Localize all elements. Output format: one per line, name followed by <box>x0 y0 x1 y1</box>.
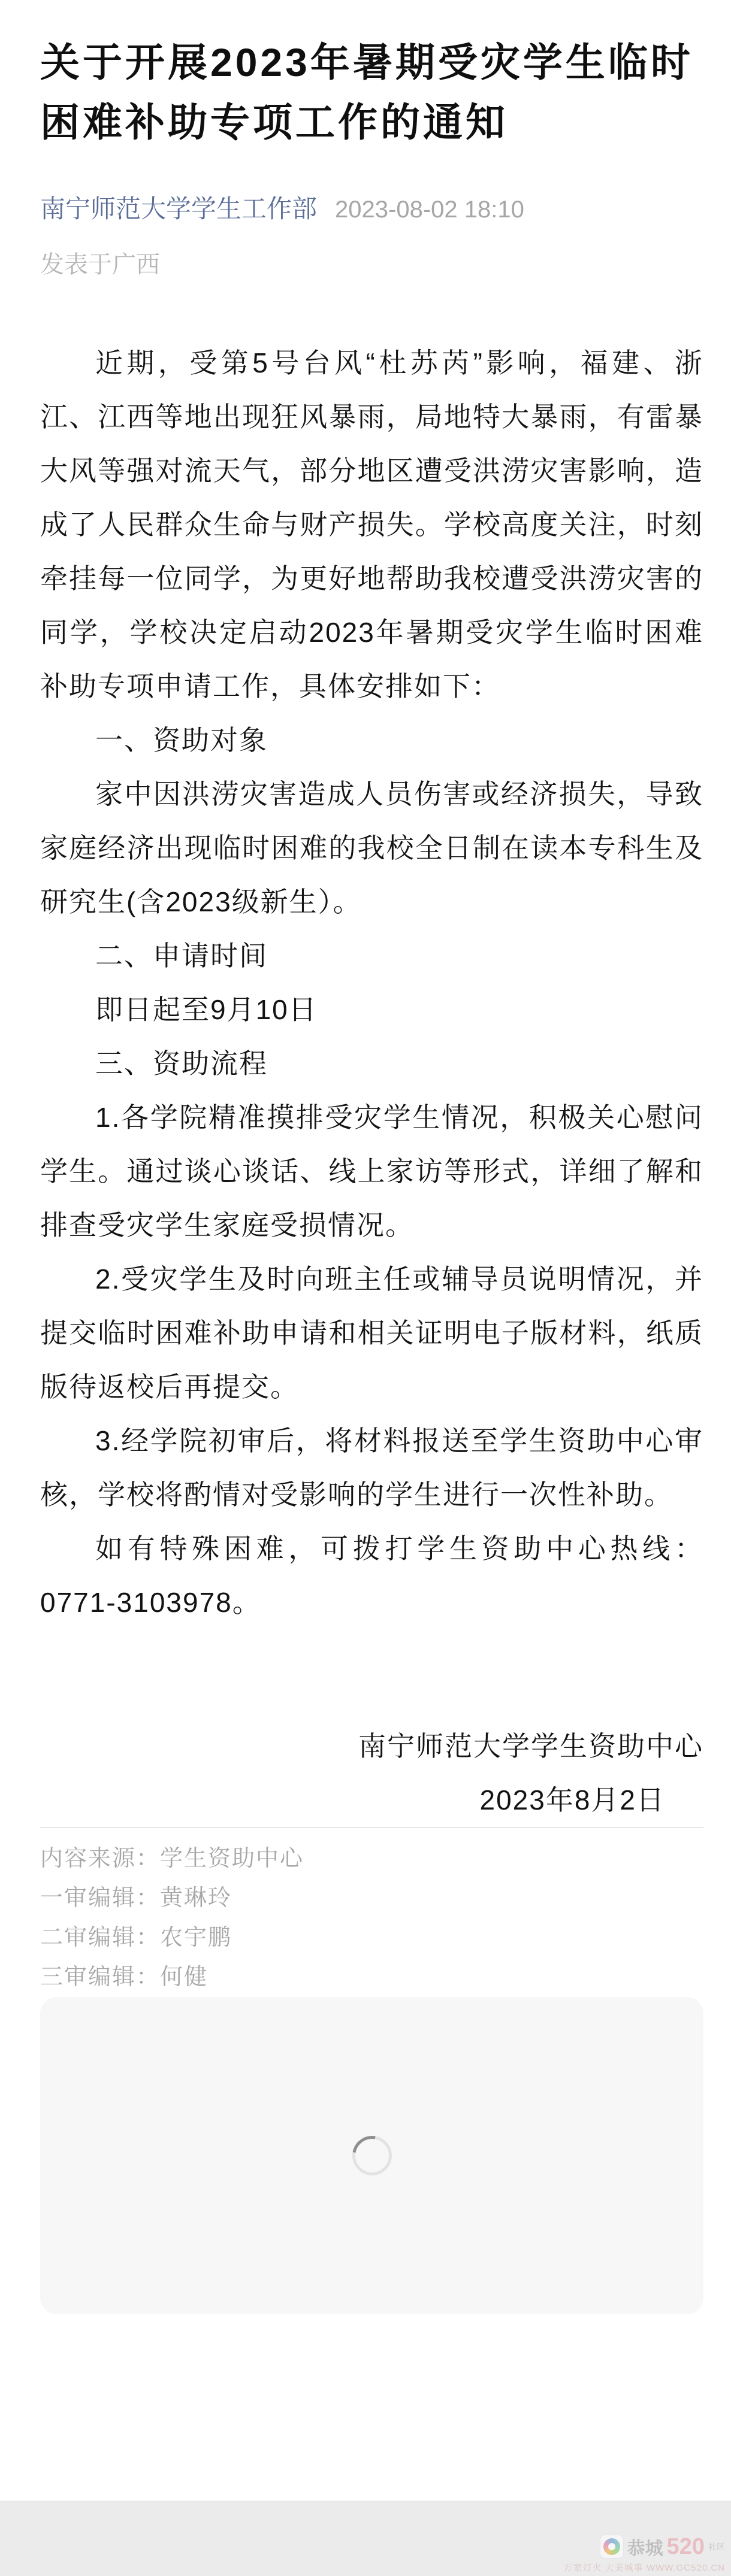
signature: 南宁师范大学学生资助中心 <box>40 1719 703 1773</box>
footer-meta-item: 一审编辑：黄琳玲 <box>40 1878 703 1918</box>
paragraph: 三、资助流程 <box>40 1037 703 1090</box>
article-content: 关于开展2023年暑期受灾学生临时困难补助专项工作的通知 南宁师范大学学生工作部… <box>0 32 731 2314</box>
paragraph: 二、申请时间 <box>40 929 703 983</box>
paragraph: 2.受灾学生及时向班主任或辅导员说明情况，并提交临时困难补助申请和相关证明电子版… <box>40 1252 703 1414</box>
signature-block: 南宁师范大学学生资助中心 2023年8月2日 <box>40 1719 703 1827</box>
watermark-row: 恭城 520 社区 <box>600 2533 725 2560</box>
author-link[interactable]: 南宁师范大学学生工作部 <box>40 189 317 225</box>
loading-card <box>40 1997 703 2314</box>
watermark-tagline: 万家灯火 大美城事 WWW.GC520.CN <box>563 2561 725 2574</box>
divider <box>40 1827 703 1828</box>
watermark-badge: 社区 <box>708 2542 725 2551</box>
paragraph: 家中因洪涝灾害造成人员伤害或经济损失，导致家庭经济出现临时困难的我校全日制在读本… <box>40 767 703 929</box>
bottom-bar: 恭城 520 社区 万家灯火 大美城事 WWW.GC520.CN <box>0 2501 731 2576</box>
footer-meta: 内容来源：学生资助中心一审编辑：黄琳玲二审编辑：农宇鹏三审编辑：何健 <box>40 1839 703 1997</box>
watermark-site-number: 520 <box>667 2534 705 2560</box>
article-page: 关于开展2023年暑期受灾学生临时困难补助专项工作的通知 南宁师范大学学生工作部… <box>0 0 731 2576</box>
publish-time: 2023-08-02 18:10 <box>335 196 524 223</box>
paragraph: 即日起至9月10日 <box>40 983 703 1037</box>
paragraph: 一、资助对象 <box>40 713 703 767</box>
page-title: 关于开展2023年暑期受灾学生临时困难补助专项工作的通知 <box>40 32 703 152</box>
paragraph: 如有特殊困难，可拨打学生资助中心热线：0771-3103978。 <box>40 1522 703 1629</box>
publish-meta: 南宁师范大学学生工作部 2023-08-02 18:10 <box>40 189 703 225</box>
paragraph: 近期，受第5号台风“杜苏芮”影响，福建、浙江、江西等地出现狂风暴雨，局地特大暴雨… <box>40 336 703 713</box>
watermark-logo-icon <box>600 2535 624 2559</box>
loading-spinner-icon <box>345 2128 400 2183</box>
footer-meta-item: 二审编辑：农宇鹏 <box>40 1918 703 1957</box>
paragraph: 1.各学院精准摸排受灾学生情况，积极关心慰问学生。通过谈心谈话、线上家访等形式，… <box>40 1090 703 1252</box>
paragraph: 3.经学院初审后，将材料报送至学生资助中心审核，学校将酌情对受影响的学生进行一次… <box>40 1414 703 1522</box>
footer-meta-item: 内容来源：学生资助中心 <box>40 1839 703 1878</box>
article-body: 近期，受第5号台风“杜苏芮”影响，福建、浙江、江西等地出现狂风暴雨，局地特大暴雨… <box>40 336 703 1629</box>
watermark: 恭城 520 社区 万家灯火 大美城事 WWW.GC520.CN <box>563 2533 725 2574</box>
swirl-icon <box>603 2538 620 2555</box>
signature-date: 2023年8月2日 <box>40 1773 665 1827</box>
publish-location: 发表于广西 <box>40 246 703 280</box>
watermark-site-name: 恭城 <box>627 2533 663 2560</box>
footer-meta-item: 三审编辑：何健 <box>40 1957 703 1997</box>
